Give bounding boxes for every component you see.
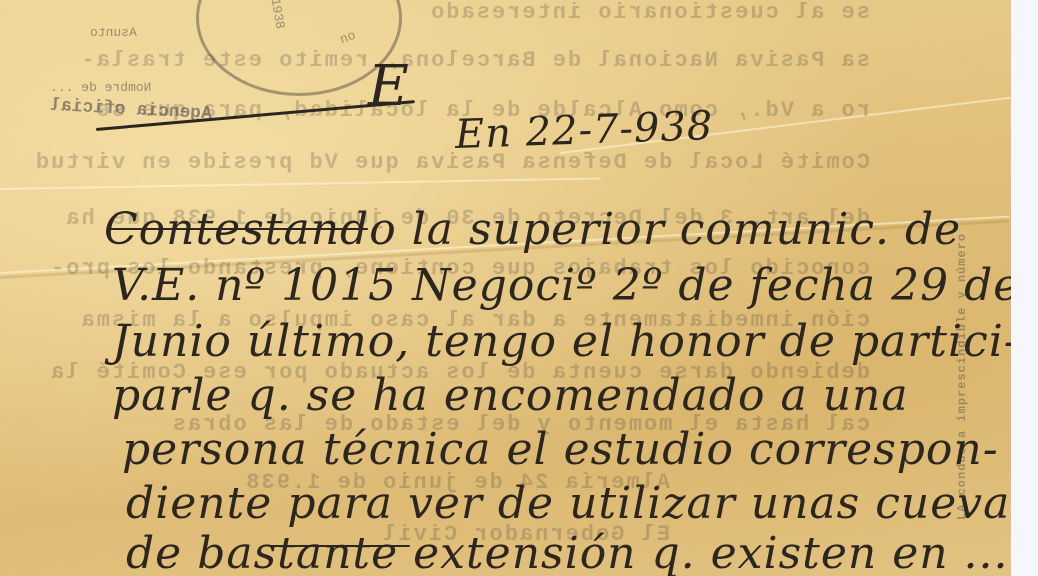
strikethrough-mark bbox=[108, 228, 368, 230]
paper-crease bbox=[0, 178, 600, 190]
handwritten-line: V.E. nº 1015 Negociº 2º de fecha 29 de bbox=[112, 260, 1011, 311]
handwritten-line: de bastante extensión q. existen en ... bbox=[126, 528, 1009, 576]
stamp-show-through-label: Asunto bbox=[90, 25, 137, 40]
scanned-document-page: se al cuestionario interesado sa Pasiva … bbox=[0, 0, 1011, 576]
handwritten-date: En 22-7-938 bbox=[454, 103, 714, 158]
show-through-typed-line: Comité Local de Defensa Pasiva que Vd pr… bbox=[0, 150, 870, 175]
handwritten-initial: E bbox=[368, 54, 410, 119]
handwritten-line: parle q. se ha encomendado a una bbox=[112, 370, 909, 421]
handwritten-line: diente para ver de utilizar unas cuevas bbox=[126, 478, 1011, 529]
show-through-typed-line: sa Pasiva Nacional de Barcelona, remito … bbox=[0, 48, 870, 73]
stamp-show-through-label: Nombre de ... bbox=[50, 80, 151, 95]
show-through-typed-line: se al cuestionario interesado bbox=[0, 0, 870, 25]
handwritten-line: Junio último, tengo el honor de partici- bbox=[112, 316, 1011, 367]
handwritten-line: persona técnica el estudio correspon- bbox=[122, 424, 999, 475]
strikethrough-mark bbox=[270, 545, 410, 547]
scan-margin-strip bbox=[1011, 0, 1038, 576]
